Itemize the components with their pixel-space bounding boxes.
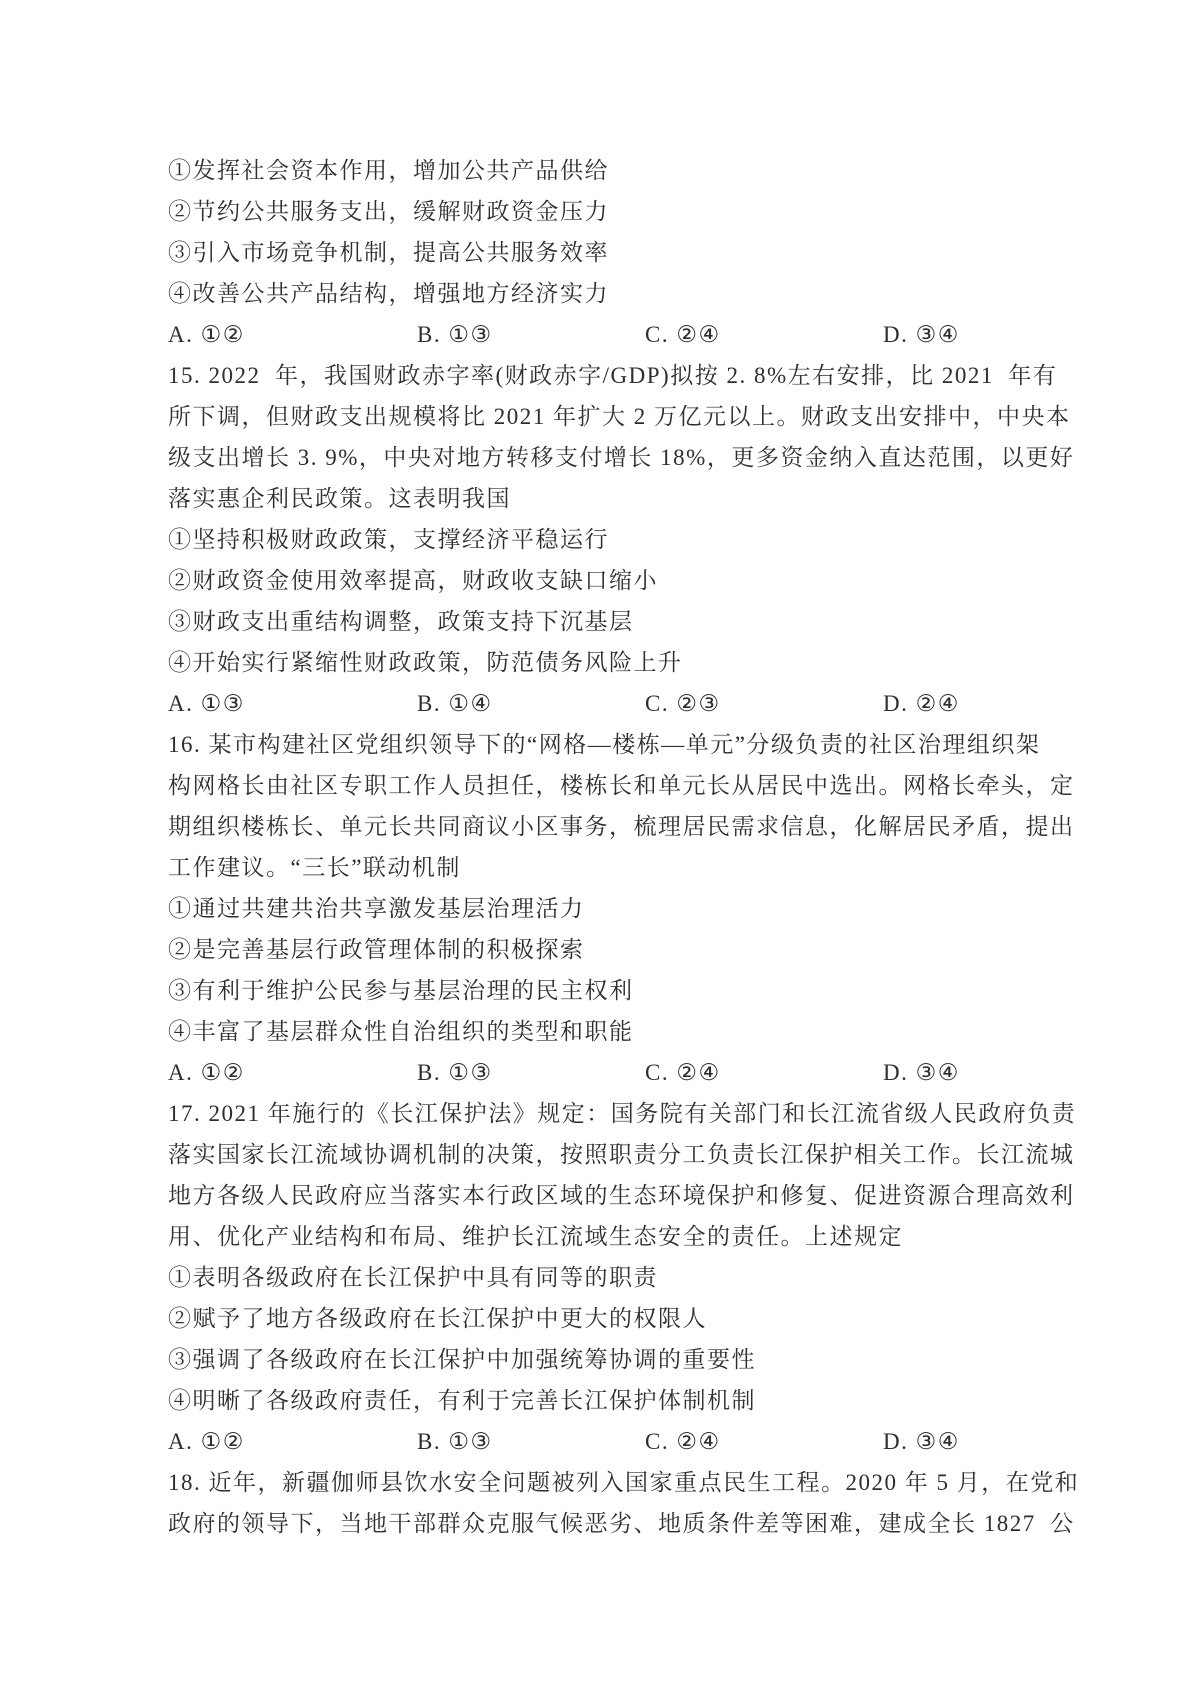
choice-option: D. ②④ <box>883 683 960 724</box>
statement-line: ②节约公共服务支出，缓解财政资金压力 <box>168 191 1048 232</box>
stem-line: 用、优化产业结构和布局、维护长江流域生态安全的责任。上述规定 <box>168 1216 1048 1257</box>
stem-line: 地方各级人民政府应当落实本行政区域的生态环境保护和修复、促进资源合理高效利 <box>168 1175 1048 1216</box>
statement-line: ③有利于维护公民参与基层治理的民主权利 <box>168 970 1048 1011</box>
choices-row: A. ①③B. ①④C. ②③D. ②④ <box>168 683 1048 724</box>
question-block: ①发挥社会资本作用，增加公共产品供给②节约公共服务支出，缓解财政资金压力③引入市… <box>168 150 1048 355</box>
question-block: 17. 2021 年施行的《长江保护法》规定：国务院有关部门和长江流省级人民政府… <box>168 1093 1048 1462</box>
statement-line: ②赋予了地方各级政府在长江保护中更大的权限人 <box>168 1298 1048 1339</box>
stem-line: 所下调，但财政支出规模将比 2021 年扩大 2 万亿元以上。财政支出安排中，中… <box>168 396 1048 437</box>
stem-line: 政府的领导下，当地干部群众克服气候恶劣、地质条件差等困难，建成全长 1827 公 <box>168 1503 1048 1544</box>
choices-row: A. ①②B. ①③C. ②④D. ③④ <box>168 1421 1048 1462</box>
choice-option: B. ①③ <box>417 1052 645 1093</box>
statement-line: ④改善公共产品结构，增强地方经济实力 <box>168 273 1048 314</box>
choice-option: B. ①④ <box>417 683 645 724</box>
statement-line: ①坚持积极财政政策，支撑经济平稳运行 <box>168 519 1048 560</box>
choice-option: B. ①③ <box>417 1421 645 1462</box>
stem-line: 17. 2021 年施行的《长江保护法》规定：国务院有关部门和长江流省级人民政府… <box>168 1093 1048 1134</box>
choice-option: B. ①③ <box>417 314 645 355</box>
choice-option: A. ①② <box>168 314 417 355</box>
statement-line: ③强调了各级政府在长江保护中加强统筹协调的重要性 <box>168 1339 1048 1380</box>
choice-option: C. ②④ <box>645 1421 883 1462</box>
stem-line: 工作建议。“三长”联动机制 <box>168 847 1048 888</box>
choice-option: A. ①② <box>168 1052 417 1093</box>
stem-line: 构网格长由社区专职工作人员担任，楼栋长和单元长从居民中选出。网格长牵头，定 <box>168 765 1048 806</box>
choice-option: C. ②④ <box>645 314 883 355</box>
statement-line: ①通过共建共治共享激发基层治理活力 <box>168 888 1048 929</box>
question-block: 15. 2022 年，我国财政赤字率(财政赤字/GDP)拟按 2. 8%左右安排… <box>168 355 1048 724</box>
choice-option: C. ②④ <box>645 1052 883 1093</box>
stem-line: 15. 2022 年，我国财政赤字率(财政赤字/GDP)拟按 2. 8%左右安排… <box>168 355 1048 396</box>
statement-line: ②财政资金使用效率提高，财政收支缺口缩小 <box>168 560 1048 601</box>
stem-line: 落实国家长江流域协调机制的决策，按照职责分工负责长江保护相关工作。长江流城 <box>168 1134 1048 1175</box>
choice-option: D. ③④ <box>883 314 960 355</box>
stem-line: 期组织楼栋长、单元长共同商议小区事务，梳理居民需求信息，化解居民矛盾，提出 <box>168 806 1048 847</box>
statement-line: ①表明各级政府在长江保护中具有同等的职责 <box>168 1257 1048 1298</box>
question-block: 16. 某市构建社区党组织领导下的“网格—楼栋—单元”分级负责的社区治理组织架构… <box>168 724 1048 1093</box>
statement-line: ④明晰了各级政府责任，有利于完善长江保护体制机制 <box>168 1380 1048 1421</box>
choices-row: A. ①②B. ①③C. ②④D. ③④ <box>168 1052 1048 1093</box>
choice-option: A. ①② <box>168 1421 417 1462</box>
statement-line: ③财政支出重结构调整，政策支持下沉基层 <box>168 601 1048 642</box>
stem-line: 落实惠企利民政策。这表明我国 <box>168 478 1048 519</box>
question-block: 18. 近年，新疆伽师县饮水安全问题被列入国家重点民生工程。2020 年 5 月… <box>168 1462 1048 1544</box>
statement-line: ③引入市场竞争机制，提高公共服务效率 <box>168 232 1048 273</box>
statement-line: ①发挥社会资本作用，增加公共产品供给 <box>168 150 1048 191</box>
choices-row: A. ①②B. ①③C. ②④D. ③④ <box>168 314 1048 355</box>
stem-line: 16. 某市构建社区党组织领导下的“网格—楼栋—单元”分级负责的社区治理组织架 <box>168 724 1048 765</box>
exam-page: ①发挥社会资本作用，增加公共产品供给②节约公共服务支出，缓解财政资金压力③引入市… <box>168 150 1048 1544</box>
statement-line: ④丰富了基层群众性自治组织的类型和职能 <box>168 1011 1048 1052</box>
choice-option: C. ②③ <box>645 683 883 724</box>
choice-option: D. ③④ <box>883 1421 960 1462</box>
stem-line: 级支出增长 3. 9%，中央对地方转移支付增长 18%，更多资金纳入直达范围，以… <box>168 437 1048 478</box>
choice-option: D. ③④ <box>883 1052 960 1093</box>
statement-line: ④开始实行紧缩性财政政策，防范债务风险上升 <box>168 642 1048 683</box>
statement-line: ②是完善基层行政管理体制的积极探索 <box>168 929 1048 970</box>
stem-line: 18. 近年，新疆伽师县饮水安全问题被列入国家重点民生工程。2020 年 5 月… <box>168 1462 1048 1503</box>
choice-option: A. ①③ <box>168 683 417 724</box>
